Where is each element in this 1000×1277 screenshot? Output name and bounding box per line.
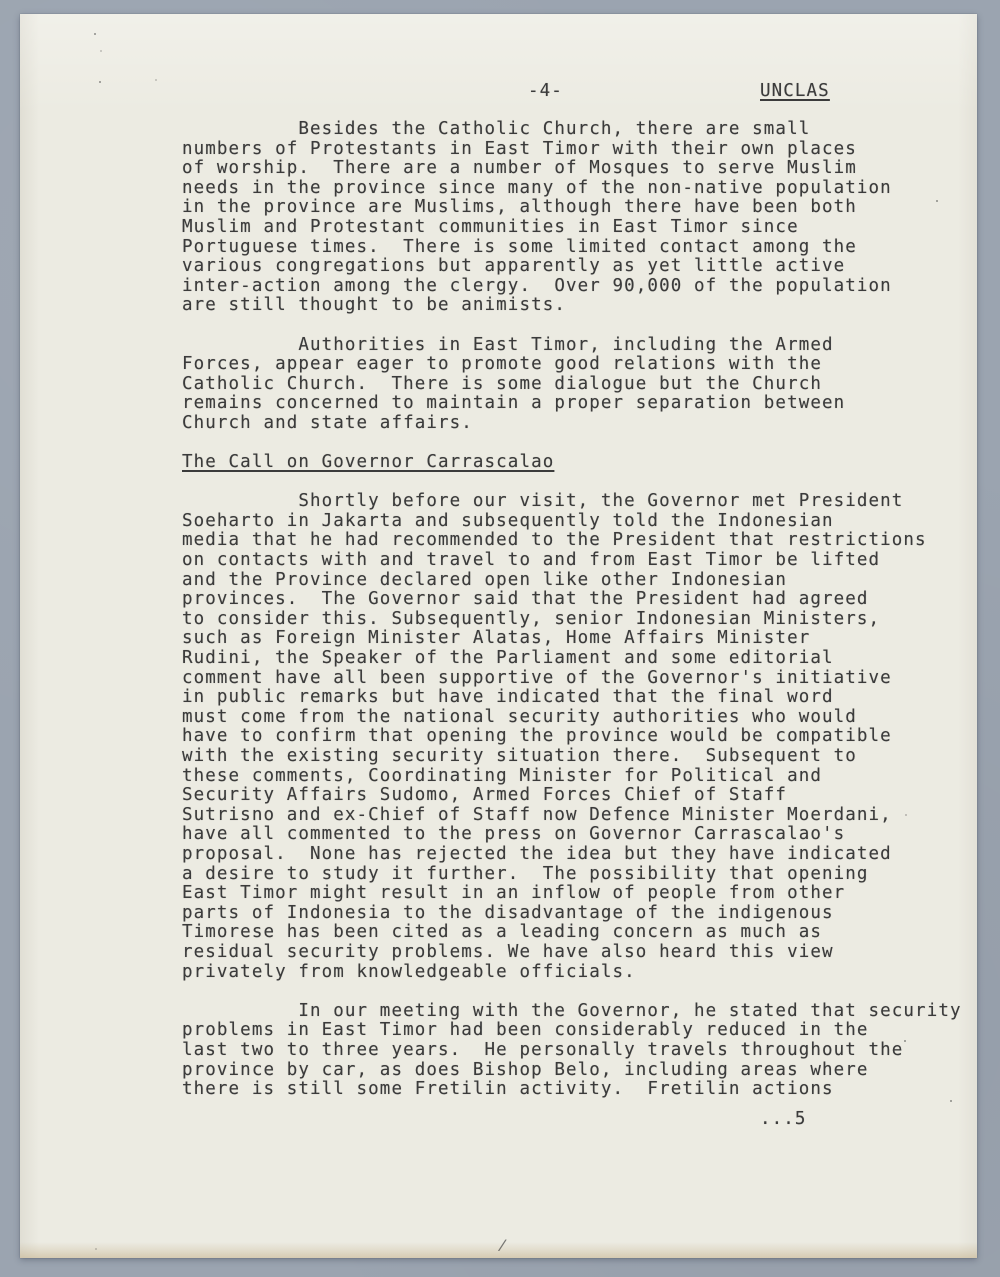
page-number: -4- — [528, 82, 563, 102]
scan-speck — [904, 1040, 906, 1042]
continuation-marker: ...5 — [760, 1110, 807, 1130]
classification-marking: UNCLAS — [760, 82, 830, 102]
paragraph-religion-overview: Besides the Catholic Church, there are s… — [182, 120, 972, 316]
scan-background: -4- UNCLAS Besides the Catholic Church, … — [0, 0, 1000, 1277]
document-page: -4- UNCLAS Besides the Catholic Church, … — [20, 14, 977, 1258]
scan-speck — [100, 50, 102, 52]
scan-speck — [936, 200, 938, 202]
paragraph-governor-meeting: In our meeting with the Governor, he sta… — [182, 1002, 972, 1100]
scan-slash-artifact: / — [497, 1235, 508, 1254]
scan-speck — [99, 81, 101, 83]
scan-speck — [94, 33, 96, 35]
section-heading: The Call on Governor Carrascalao — [182, 453, 972, 473]
paragraph-authorities-church: Authorities in East Timor, including the… — [182, 336, 972, 434]
paragraph-governor-proposal: Shortly before our visit, the Governor m… — [182, 492, 972, 982]
scan-speck — [950, 1100, 952, 1102]
document-body: Besides the Catholic Church, there are s… — [182, 120, 972, 1119]
scan-speck — [155, 79, 157, 81]
scan-speck — [905, 814, 907, 816]
scan-speck — [95, 1248, 97, 1250]
